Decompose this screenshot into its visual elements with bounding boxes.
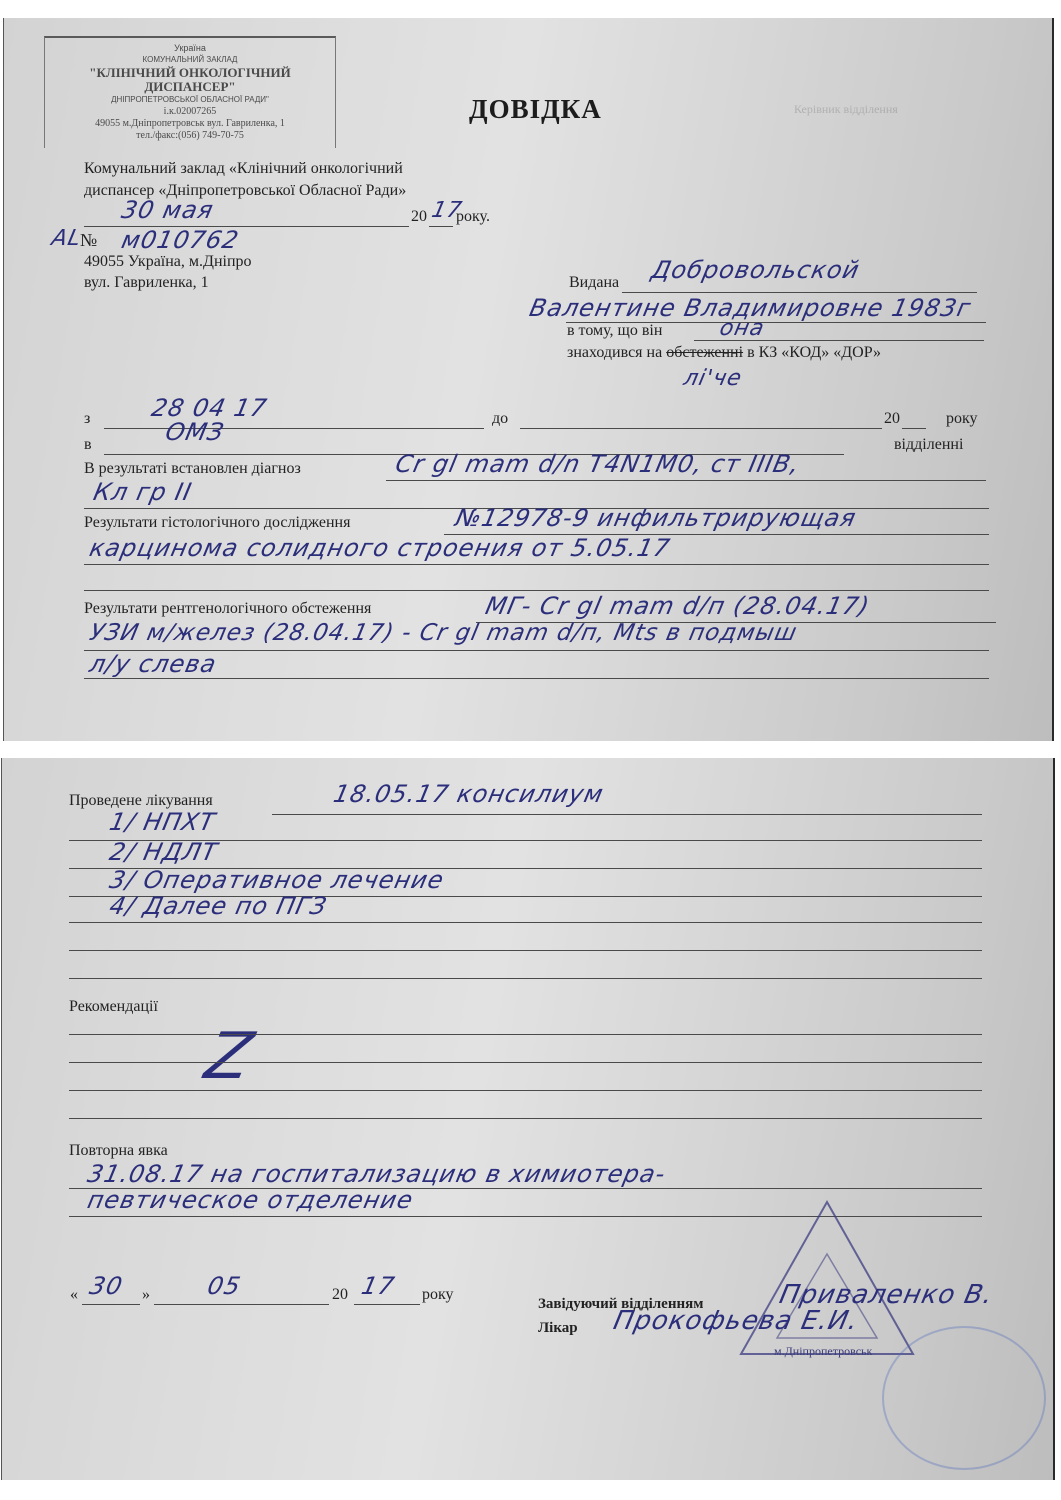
recommendations-mark: Z	[199, 1020, 260, 1094]
xray-line-2: УЗИ м/желез (28.04.17) - Cr gl mam d/п, …	[87, 620, 799, 646]
issued-label: Видана	[569, 274, 619, 292]
certificate-page-1: Україна КОМУНАЛЬНИЙ ЗАКЛАД "КЛІНІЧНИЙ ОН…	[3, 18, 1054, 741]
followup-line-1: 31.08.17 на госпитализацию в химиотера-	[85, 1160, 668, 1188]
diagnosis-line-1: Cr gl mam d/n T4N1M0, ст IIIB,	[393, 450, 803, 478]
number-prefix-handwritten: AL	[49, 226, 84, 251]
in-label: в	[84, 436, 92, 454]
stayed-label-struck: обстеженні	[666, 344, 743, 361]
recommendations-label: Рекомендації	[69, 998, 158, 1016]
diagnosis-label: В результаті встановлен діагноз	[84, 460, 301, 478]
doctor-label: Лікар	[538, 1320, 578, 1337]
bleed-through-text: Керівник відділення	[794, 102, 898, 117]
institution-stamp: Україна КОМУНАЛЬНИЙ ЗАКЛАД "КЛІНІЧНИЙ ОН…	[44, 36, 336, 148]
certificate-page-2: Проведене лікування 18.05.17 консилиум 1…	[1, 758, 1055, 1480]
date-year-suffix: року	[422, 1286, 454, 1304]
followup-line-2: певтическое отделение	[85, 1186, 416, 1214]
doctor-signature: Прокофьева Е.И.	[611, 1306, 861, 1336]
document-title: ДОВІДКА	[469, 94, 602, 125]
from-label: з	[84, 410, 90, 428]
address-line-1: 49055 Україна, м.Дніпро	[84, 253, 252, 271]
xray-line-1: МГ- Cr gl mam d/п (28.04.17)	[483, 592, 872, 620]
xray-line-3: л/у слева	[87, 650, 219, 678]
that-label: в тому, що він	[567, 322, 662, 340]
histology-line-1: №12978-9 инфильтрирующая	[453, 504, 859, 532]
date-day-handwritten: 30	[87, 1272, 125, 1300]
stamp-region: ДНІПРОПЕТРОВСЬКОЇ ОБЛАСНОЇ РАДИ"	[45, 94, 335, 106]
stayed-label: знаходився на обстеженні в КЗ «КОД» «ДОР…	[567, 344, 881, 362]
stamp-country: Україна	[45, 42, 335, 54]
institution-line-1: Комунальний заклад «Клінічний онкологічн…	[84, 160, 403, 178]
address-line-2: вул. Гавриленка, 1	[84, 274, 209, 292]
to-year-prefix: 20	[884, 410, 900, 428]
stamp-name-2: ДИСПАНСЕР"	[45, 80, 335, 94]
department-suffix: відділенні	[894, 436, 963, 454]
patient-surname: Добровольской	[649, 256, 862, 284]
issue-year-suffix: року.	[456, 208, 490, 226]
to-label: до	[492, 410, 508, 428]
that-handwritten: она	[717, 316, 767, 341]
seal-city: м.Дніпропетровськ	[774, 1344, 872, 1359]
followup-label: Повторна явка	[69, 1142, 168, 1160]
date-year-handwritten: 17	[359, 1272, 397, 1300]
certificate-number-handwritten: м010762	[119, 226, 242, 254]
treatment-line-1: 18.05.17 консилиум	[331, 780, 606, 808]
stamp-name-1: "КЛІНІЧНИЙ ОНКОЛОГІЧНИЙ	[45, 66, 335, 80]
date-close-quote: »	[142, 1286, 150, 1304]
to-year-suffix: року	[946, 410, 978, 428]
date-year-prefix: 20	[332, 1286, 348, 1304]
issue-year-prefix: 20	[411, 208, 427, 226]
number-label: №	[80, 230, 97, 251]
date-month-handwritten: 05	[205, 1272, 243, 1300]
stay-type-handwritten: лі'че	[681, 366, 744, 391]
stamp-code: і.к.02007265	[45, 106, 335, 118]
department-handwritten: ОМЗ	[163, 418, 227, 446]
stayed-label-a: знаходився на	[567, 344, 662, 361]
stayed-label-b: в КЗ «КОД» «ДОР»	[747, 344, 881, 361]
histology-label: Результати гістологічного дослідження	[84, 514, 350, 532]
xray-label: Результати рентгенологічного обстеження	[84, 600, 371, 618]
diagnosis-line-2: Кл гр II	[91, 478, 195, 506]
treatment-item-4: 4/ Далее по ПГЗ	[107, 892, 330, 920]
histology-line-2: карцинома солидного строения от 5.05.17	[87, 534, 673, 562]
stamp-address: 49055 м.Дніпропетровськ вул. Гавриленка,…	[45, 118, 335, 130]
treatment-item-3: 3/ Оперативное лечение	[107, 866, 447, 894]
date-open-quote: «	[70, 1286, 78, 1304]
stamp-phone: тел./факс:(056) 749-70-75	[45, 130, 335, 142]
round-seal	[882, 1326, 1046, 1470]
treatment-item-1: 1/ НПХТ	[107, 808, 218, 836]
issue-date-handwritten: 30 мая	[119, 196, 216, 224]
treatment-item-2: 2/ НДЛТ	[107, 838, 220, 866]
